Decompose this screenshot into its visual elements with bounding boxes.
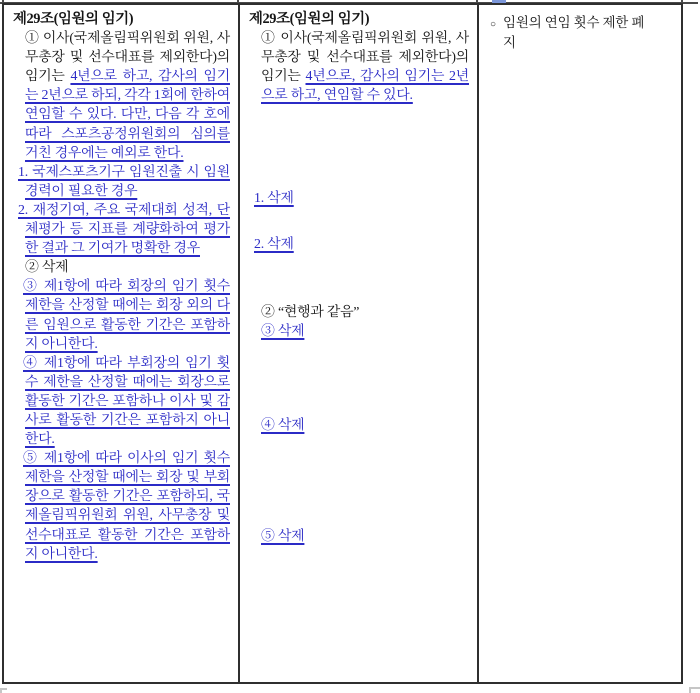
clause-4-amended: ④ 삭제 — [261, 416, 469, 435]
remark-item: ○ 임원의 연임 횟수 제한 폐지 — [490, 13, 673, 53]
page-margin-mark-bottom-right — [689, 687, 700, 693]
subitem-1-amended: 1. 삭제 — [261, 189, 469, 208]
provision-comparison-table: 제29조(임원의 임기) ① 이사(국제올림픽위원회 위원, 사무총장 및 선수… — [2, 3, 683, 684]
remark-text: 임원의 연임 횟수 제한 폐지 — [503, 13, 655, 53]
remarks-cell: ○ 임원의 연임 횟수 제한 폐지 — [479, 5, 681, 682]
clause-1-current: ① 이사(국제올림픽위원회 위원, 사무총장 및 선수대표를 제외한다)의 임기… — [25, 29, 230, 163]
amended-provision-cell: 제29조(임원의 임기) ① 이사(국제올림픽위원회 위원, 사무총장 및 선수… — [240, 5, 479, 682]
article-heading-amended: 제29조(임원의 임기) — [249, 10, 469, 29]
clause-3-amended: ③ 삭제 — [261, 322, 469, 341]
clause-4-current: ④ 제1항에 따라 부회장의 임기 횟수 제한을 산정할 때에는 회장으로 활동… — [25, 354, 230, 449]
subitem-1-current: 1. 국제스포츠기구 임원진출 시 임원경력이 필요한 경우 — [25, 163, 230, 201]
clause-3-current: ③ 제1항에 따라 회장의 임기 횟수 제한을 산정할 때에는 회장 외의 다른… — [25, 277, 230, 353]
clause-2-current: ② 삭제 — [25, 258, 230, 277]
document-page: 제29조(임원의 임기) ① 이사(국제올림픽위원회 위원, 사무총장 및 선수… — [0, 0, 700, 693]
clause-5-current: ⑤ 제1항에 따라 이사의 임기 횟수 제한을 산정할 때에는 회장 및 부회장… — [25, 449, 230, 564]
circle-bullet-icon: ○ — [490, 13, 496, 53]
clause-5-amended: ⑤ 삭제 — [261, 527, 469, 546]
clause-1-amended: ① 이사(국제올림픽위원회 위원, 사무총장 및 선수대표를 제외한다)의 임기… — [261, 29, 469, 105]
subitem-2-current: 2. 재정기여, 주요 국제대회 성적, 단체평가 등 지표를 계량화하여 평가… — [25, 201, 230, 258]
current-provision-cell: 제29조(임원의 임기) ① 이사(국제올림픽위원회 위원, 사무총장 및 선수… — [4, 5, 240, 682]
clause-2-amended: ② “현행과 같음” — [261, 303, 469, 322]
article-heading-current: 제29조(임원의 임기) — [13, 10, 230, 29]
page-margin-mark-bottom-left — [0, 688, 7, 693]
subitem-2-amended: 2. 삭제 — [261, 235, 469, 254]
